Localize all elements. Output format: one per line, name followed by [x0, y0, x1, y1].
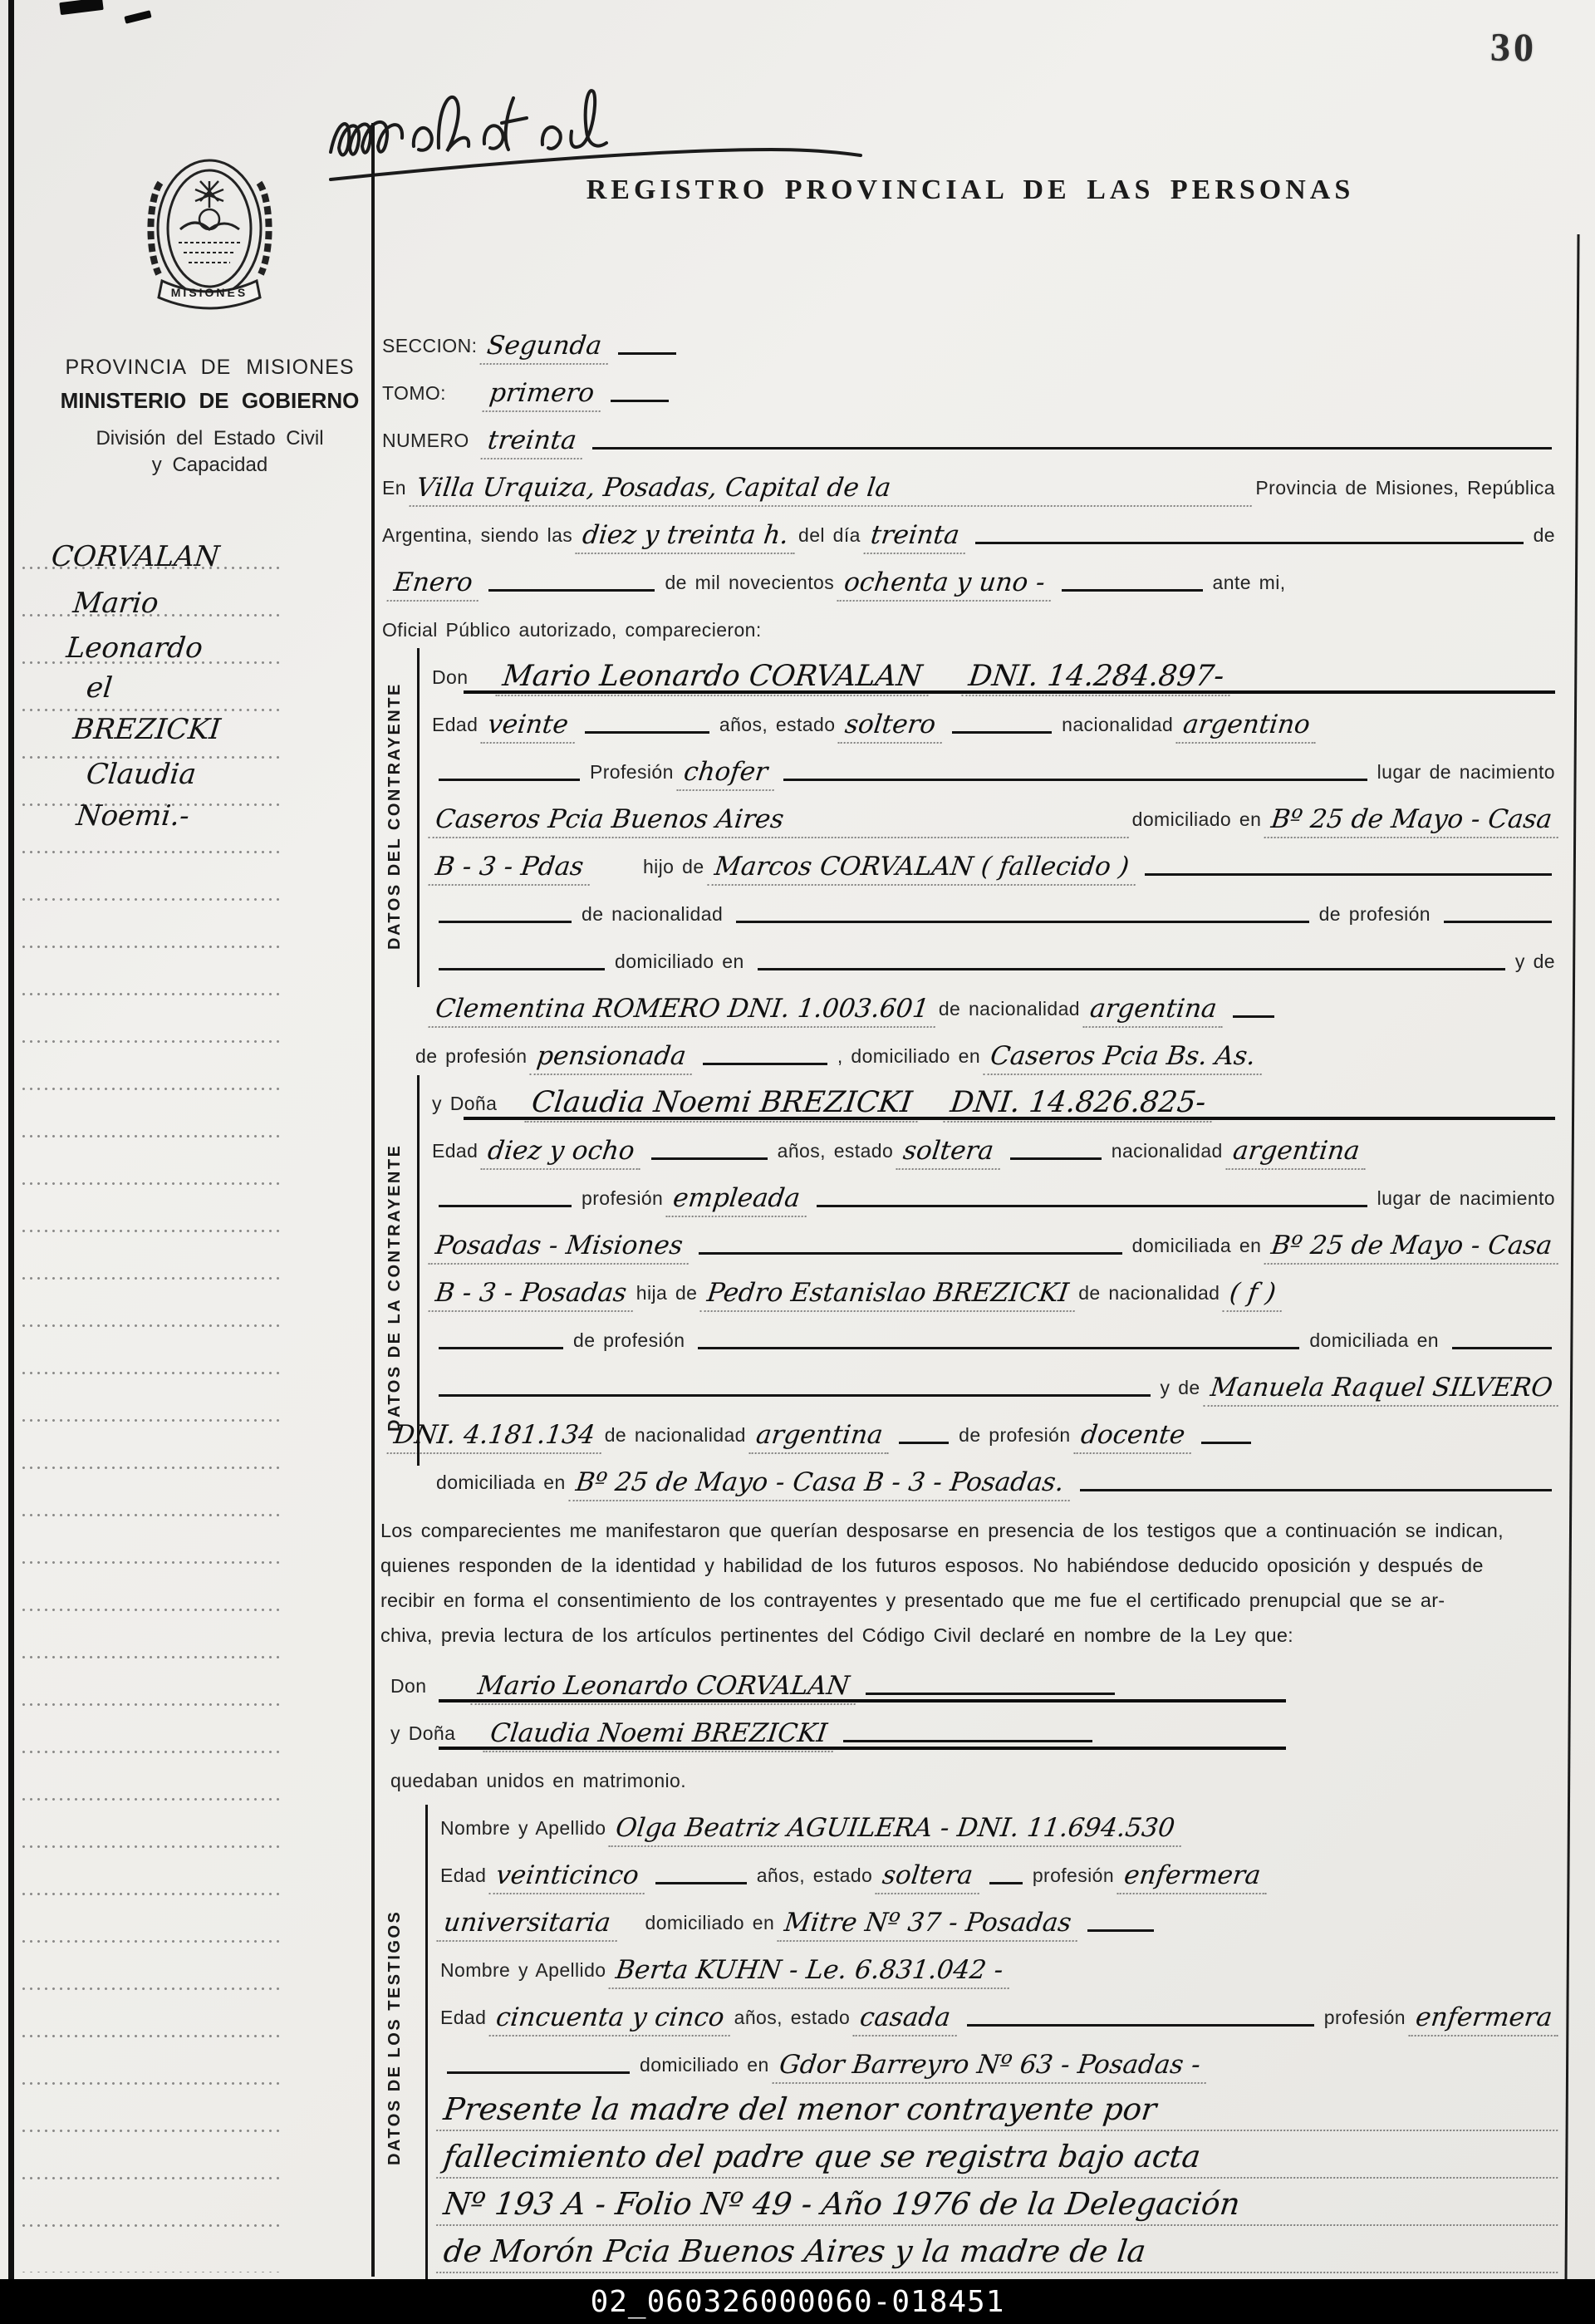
form-row: fallecimiento del padre que se registra …	[380, 2131, 1560, 2179]
handwritten-entry: Marcos CORVALAN ( fallecido )	[707, 852, 1139, 886]
rule-line	[439, 1201, 572, 1207]
rule-line	[592, 444, 1552, 450]
printed-label: y de	[1514, 951, 1560, 980]
form-body: SECCION:SegundaTOMO:primeroNUMEROtreinta…	[380, 317, 1560, 2321]
form-row: de nacionalidadde profesión	[380, 886, 1560, 933]
declaration-line: quienes responden de la identidad y habi…	[380, 1548, 1560, 1583]
margin-note: Mario	[71, 587, 160, 620]
printed-label: , domiciliado en	[836, 1045, 985, 1075]
handwritten-entry: Olga Beatriz AGUILERA - DNI. 11.694.530	[609, 1814, 1185, 1847]
handwritten-entry: Bº 25 de Mayo - Casa	[1264, 1231, 1563, 1265]
form-row: domiciliado enGdor Barreyro Nº 63 - Posa…	[380, 2037, 1560, 2084]
handwritten-entry: Caseros Pcia Bs. As.	[984, 1042, 1266, 1075]
handwritten-entry: treinta	[863, 521, 969, 554]
handwritten-entry: Mitre Nº 37 - Posadas	[778, 1909, 1082, 1942]
printed-label: y Doña	[430, 1093, 502, 1123]
printed-label: domiciliada en	[434, 1472, 571, 1501]
form-row: Enerode mil novecientosochenta y uno -an…	[380, 554, 1560, 602]
handwritten-entry: B - 3 - Pdas	[429, 852, 594, 886]
rule-line	[975, 538, 1523, 544]
form-row: profesiónempleadalugar de nacimiento	[380, 1170, 1560, 1217]
handwritten-entry: Claudia Noemi BREZICKI	[525, 1086, 923, 1123]
handwritten-entry: Berta KUHN - Le. 6.831.042 -	[609, 1956, 1013, 1989]
handwritten-entry: Mario Leonardo CORVALAN	[496, 660, 933, 696]
rule-line	[736, 917, 1308, 923]
printed-label: de nacionalidad	[603, 1424, 751, 1454]
section-bracket-bride	[417, 1075, 420, 1466]
printed-label: domiciliado en	[1131, 808, 1267, 838]
margin-notes: CORVALANMarioLeonardoelBREZICKIClaudiaNo…	[0, 0, 282, 2324]
handwritten-entry: Segunda	[480, 332, 612, 365]
form-row: DonMario Leonardo CORVALANDNI. 14.284.89…	[380, 649, 1560, 696]
printed-label: y Doña	[389, 1722, 460, 1752]
form-row: y deManuela Raquel SILVERO	[380, 1359, 1560, 1407]
handwritten-entry: veinte	[481, 710, 578, 744]
form-row: Nombre y ApellidoOlga Beatriz AGUILERA -…	[380, 1800, 1560, 1847]
form-row: Oficial Público autorizado, compareciero…	[380, 602, 1560, 649]
handwritten-entry: primero	[483, 379, 605, 412]
section-bracket-groom	[417, 648, 420, 987]
printed-label: ante mi,	[1211, 572, 1291, 602]
rule-line	[439, 917, 572, 923]
handwritten-entry: treinta	[480, 426, 586, 459]
form-row: TOMO:primero	[380, 365, 1560, 412]
margin-note: Leonardo	[65, 631, 204, 665]
form-row: EnVilla Urquiza, Posadas, Capital de laP…	[380, 459, 1560, 507]
printed-label: años, estado	[733, 2007, 856, 2037]
rule-line	[1062, 586, 1203, 592]
printed-label: domiciliado en	[638, 2054, 774, 2084]
form-row: Nº 193 A - Folio Nº 49 - Año 1976 de la …	[380, 2179, 1560, 2226]
printed-label: domiciliada en	[1131, 1235, 1267, 1265]
printed-label: Edad	[430, 714, 483, 744]
handwritten-entry: docente	[1073, 1421, 1195, 1454]
form-vertical-rule	[371, 123, 375, 2277]
document-title: REGISTRO PROVINCIAL DE LAS PERSONAS	[380, 174, 1560, 206]
printed-label: de profesión	[572, 1329, 690, 1359]
rule-line	[952, 728, 1052, 734]
handwritten-entry: ( f )	[1223, 1279, 1286, 1312]
rule-line	[1444, 917, 1552, 923]
declaration-line: recibir en forma el consentimiento de lo…	[380, 1583, 1560, 1618]
printed-label: Argentina, siendo las	[380, 524, 577, 554]
handwritten-entry: pensionada	[530, 1042, 696, 1075]
handwritten-entry: Manuela Raquel SILVERO	[1203, 1373, 1562, 1407]
printed-label: del día	[797, 524, 866, 554]
printed-label: de nacionalidad	[937, 998, 1085, 1028]
handwritten-entry: Caseros Pcia Buenos Aires	[429, 805, 1132, 838]
rule-line	[866, 1689, 1115, 1695]
printed-label: de nacionalidad	[1077, 1282, 1224, 1312]
handwritten-entry: Enero	[387, 568, 483, 602]
handwritten-entry: argentina	[1225, 1137, 1369, 1170]
handwritten-entry: chofer	[676, 758, 778, 791]
section-label-bride: DATOS DE LA CONTRAYENTE	[385, 1078, 405, 1497]
handwritten-entry: DNI. 14.826.825-	[943, 1086, 1215, 1123]
form-row: Edaddiez y ochoaños, estadosolteranacion…	[380, 1123, 1560, 1170]
rule-line	[899, 1438, 949, 1444]
handwritten-entry: DNI. 14.284.897-	[961, 660, 1234, 696]
printed-label: de profesión	[957, 1424, 1075, 1454]
handwritten-entry: soltero	[838, 710, 946, 744]
section-label-witnesses: DATOS DE LOS TESTIGOS	[385, 1821, 405, 2253]
scan-right-edge	[1564, 234, 1579, 2286]
form-row: Nombre y ApellidoBerta KUHN - Le. 6.831.…	[380, 1942, 1560, 1989]
declaration-line: Los comparecientes me manifestaron que q…	[380, 1513, 1560, 1548]
printed-label: de nacionalidad	[580, 903, 728, 933]
handwritten-entry: B - 3 - Posadas	[429, 1279, 637, 1312]
printed-label: años, estado	[718, 714, 841, 744]
printed-label: NUMERO	[380, 430, 474, 459]
printed-label: de mil novecientos	[663, 572, 839, 602]
margin-note: CORVALAN	[50, 540, 221, 573]
handwritten-entry: empleada	[666, 1184, 811, 1217]
form-row: de Morón Pcia Buenos Aires y la madre de…	[380, 2226, 1560, 2273]
printed-label: Edad	[439, 2007, 491, 2037]
handwritten-entry: diez y ocho	[481, 1137, 645, 1170]
printed-label: de profesión	[1318, 903, 1435, 933]
form-row: y DoñaClaudia Noemi BREZICKIDNI. 14.826.…	[380, 1075, 1560, 1123]
rule-line	[1201, 1438, 1251, 1444]
printed-label: profesión	[1323, 2007, 1411, 2037]
printed-label: domiciliado en	[613, 951, 749, 980]
printed-label: y de	[1159, 1377, 1205, 1407]
rule-line	[439, 965, 605, 970]
handwritten-entry: casada	[853, 2003, 960, 2037]
handwritten-entry: Posadas - Misiones	[429, 1231, 693, 1265]
rule-line	[439, 1391, 1151, 1397]
margin-note: Noemi.-	[75, 799, 191, 833]
printed-label: Oficial Público autorizado, compareciero…	[380, 619, 767, 649]
handwritten-entry: Gdor Barreyro Nº 63 - Posadas -	[772, 2051, 1210, 2084]
rule-line	[447, 2068, 630, 2074]
form-row: Presente la madre del menor contrayente …	[380, 2084, 1560, 2131]
form-row: Caseros Pcia Buenos Airesdomiciliado enB…	[380, 791, 1560, 838]
section-bracket-witnesses	[425, 1805, 428, 2303]
rule-line	[585, 728, 709, 734]
printed-label: TOMO:	[380, 382, 451, 412]
printed-label: Profesión	[588, 761, 679, 791]
rule-line	[1145, 870, 1552, 876]
form-row: quedaban unidos en matrimonio.	[380, 1752, 1560, 1800]
rule-line	[1233, 1012, 1274, 1018]
handwritten-entry: Claudia Noemi BREZICKI	[483, 1719, 837, 1752]
handwritten-entry: fallecimiento del padre que se registra …	[436, 2140, 1563, 2179]
rule-line	[488, 586, 655, 592]
page-number: 30	[1490, 25, 1538, 71]
handwritten-entry: Bº 25 de Mayo - Casa B - 3 - Posadas.	[568, 1468, 1073, 1501]
rule-line	[655, 1879, 747, 1884]
section-label-groom: DATOS DEL CONTRAYENTE	[385, 650, 405, 982]
printed-label: hijo de	[641, 856, 709, 886]
printed-label: años, estado	[776, 1140, 899, 1170]
rule-line	[843, 1737, 1092, 1742]
rule-line	[699, 1249, 1121, 1255]
rule-line	[703, 1059, 827, 1065]
form-row: NUMEROtreinta	[380, 412, 1560, 459]
printed-label: lugar de nacimiento	[1376, 761, 1560, 791]
form-row: Posadas - Misionesdomiciliada enBº 25 de…	[380, 1217, 1560, 1265]
footer-bar: 02_060326000060-018451	[0, 2279, 1595, 2324]
handwritten-entry: de Morón Pcia Buenos Aires y la madre de…	[436, 2234, 1563, 2273]
form-row: domiciliado eny de	[380, 933, 1560, 980]
handwritten-entry: argentina	[1083, 995, 1227, 1028]
printed-label: nacionalidad	[1060, 714, 1178, 744]
form-row: Argentina, siendo lasdiez y treinta h.de…	[380, 507, 1560, 554]
form-row: de profesióndomiciliada en	[380, 1312, 1560, 1359]
printed-label: Provincia de Misiones, República	[1254, 477, 1560, 507]
rule-line	[618, 349, 676, 355]
form-row: Clementina ROMERO DNI. 1.003.601de nacio…	[380, 980, 1560, 1028]
form-row: DonMario Leonardo CORVALAN	[380, 1658, 1560, 1705]
printed-label: profesión	[1031, 1865, 1119, 1894]
printed-label: hija de	[635, 1282, 703, 1312]
handwritten-entry: Pedro Estanislao BREZICKI	[700, 1279, 1079, 1312]
rule-line	[1452, 1344, 1552, 1349]
rule-line	[651, 1154, 768, 1160]
form-row: B - 3 - Posadashija dePedro Estanislao B…	[380, 1265, 1560, 1312]
printed-label: domiciliada en	[1308, 1329, 1444, 1359]
rule-line	[611, 396, 669, 402]
declaration-paragraph: Los comparecientes me manifestaron que q…	[380, 1513, 1560, 1653]
printed-label: Don	[430, 666, 473, 696]
form-row: Edadveinticincoaños, estadosolteraprofes…	[380, 1847, 1560, 1894]
declaration-line: chiva, previa lectura de los artículos p…	[380, 1618, 1560, 1653]
handwritten-entry: universitaria	[437, 1909, 621, 1942]
printed-label: nacionalidad	[1110, 1140, 1228, 1170]
rule-line	[439, 1344, 563, 1349]
archive-code: 02_060326000060-018451	[591, 2285, 1005, 2319]
handwritten-entry: enfermera	[1117, 1861, 1271, 1894]
printed-label: Nombre y Apellido	[439, 1959, 611, 1989]
rule-line	[1087, 1926, 1154, 1932]
rule-line	[1080, 1486, 1552, 1491]
handwritten-entry: soltera	[876, 1861, 983, 1894]
form-row: y DoñaClaudia Noemi BREZICKI	[380, 1705, 1560, 1752]
form-row: universitariadomiciliado enMitre Nº 37 -…	[380, 1894, 1560, 1942]
printed-label: de profesión	[414, 1045, 532, 1075]
handwritten-entry: Bº 25 de Mayo - Casa	[1264, 805, 1563, 838]
form-row: B - 3 - Pdashijo deMarcos CORVALAN ( fal…	[380, 838, 1560, 886]
handwritten-entry: cincuenta y cinco	[489, 2003, 734, 2037]
handwritten-entry: Clementina ROMERO DNI. 1.003.601	[429, 995, 940, 1028]
margin-note: Claudia	[85, 758, 198, 791]
rule-line	[758, 965, 1505, 970]
printed-label: años, estado	[755, 1865, 878, 1894]
printed-label: profesión	[580, 1187, 668, 1217]
handwritten-entry: Presente la madre del menor contrayente …	[436, 2092, 1563, 2131]
margin-note: BREZICKI	[71, 713, 223, 746]
scanned-marriage-record: { "page": { "number": "30", "footer_code…	[0, 0, 1595, 2324]
printed-label: SECCION:	[380, 335, 482, 365]
form-row: SECCION:Segunda	[380, 317, 1560, 365]
rule-line	[439, 775, 580, 781]
handwritten-entry: diez y treinta h.	[576, 521, 799, 554]
rule-line	[1010, 1154, 1102, 1160]
handwritten-entry: argentina	[748, 1421, 892, 1454]
handwritten-entry: Mario Leonardo CORVALAN	[471, 1672, 860, 1705]
printed-label: En	[380, 477, 411, 507]
handwritten-entry: enfermera	[1409, 2003, 1563, 2037]
printed-label: Edad	[430, 1140, 483, 1170]
form-row: Profesiónchoferlugar de nacimiento	[380, 744, 1560, 791]
printed-label: lugar de nacimiento	[1376, 1187, 1560, 1217]
margin-note: el	[85, 671, 114, 705]
form-rows-bottom: DonMario Leonardo CORVALANy DoñaClaudia …	[380, 1658, 1560, 2321]
printed-label: Edad	[439, 1865, 491, 1894]
handwritten-entry: Villa Urquiza, Posadas, Capital de la	[410, 474, 1256, 507]
rule-line	[989, 1879, 1023, 1884]
handwritten-entry: veinticinco	[489, 1861, 649, 1894]
rule-line	[817, 1201, 1367, 1207]
form-row: DNI. 4.181.134de nacionalidadargentinade…	[380, 1407, 1560, 1454]
rule-line	[967, 2021, 1314, 2027]
form-row: domiciliada enBº 25 de Mayo - Casa B - 3…	[380, 1454, 1560, 1501]
form-row: Edadcincuenta y cincoaños, estadocasadap…	[380, 1989, 1560, 2037]
printed-label: domiciliado en	[644, 1912, 780, 1942]
rule-line	[698, 1344, 1299, 1349]
form-row: Edadveinteaños, estadosolteronacionalida…	[380, 696, 1560, 744]
handwritten-entry: ochenta y uno -	[837, 568, 1055, 602]
printed-label: Nombre y Apellido	[439, 1817, 611, 1847]
form-row: de profesiónpensionada, domiciliado enCa…	[380, 1028, 1560, 1075]
rule-line	[783, 775, 1367, 781]
printed-label: Don	[389, 1675, 431, 1705]
handwritten-entry: soltera	[896, 1137, 1004, 1170]
form-rows-top: SECCION:SegundaTOMO:primeroNUMEROtreinta…	[380, 317, 1560, 1501]
printed-label: quedaban unidos en matrimonio.	[389, 1770, 691, 1800]
printed-label: de	[1532, 524, 1560, 554]
handwritten-entry: argentino	[1176, 710, 1320, 744]
handwritten-entry: Nº 193 A - Folio Nº 49 - Año 1976 de la …	[436, 2187, 1563, 2226]
